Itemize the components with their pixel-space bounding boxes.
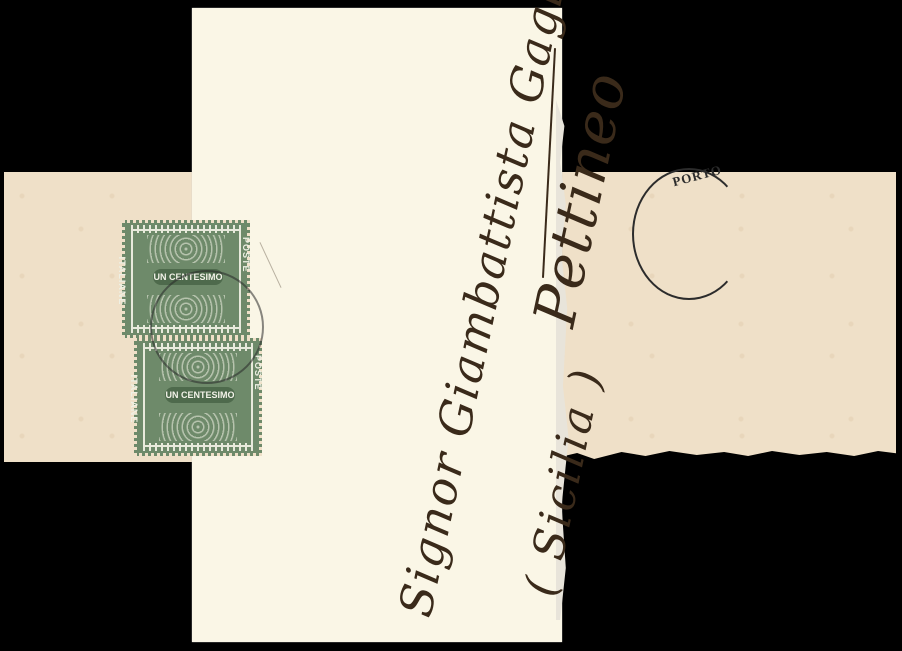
postmark-right [632, 168, 746, 300]
stamp-right-text: POSTE [241, 237, 251, 273]
stamp-left-text: ITALIANE [117, 257, 127, 306]
ornament-icon [147, 235, 225, 263]
stamp-right-text: POSTE [253, 355, 263, 391]
postmark-stamps [150, 270, 264, 384]
stamp-denomination: UN CENTESIMO [165, 387, 235, 403]
ornament-icon [159, 413, 237, 441]
stamp-left-text: ITALIANE [129, 375, 139, 424]
